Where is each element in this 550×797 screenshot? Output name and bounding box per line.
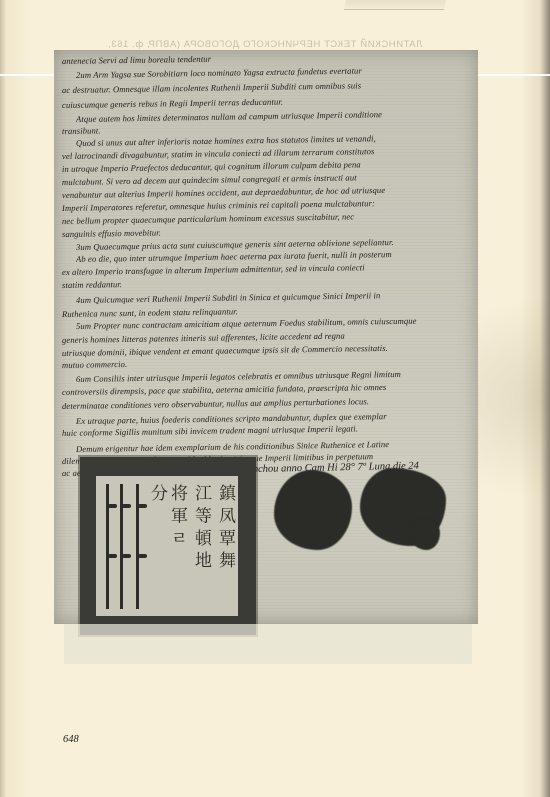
handwritten-line: ac destruatur. Omnesque illam incolentes… <box>62 79 474 96</box>
seal-chinese-column: 将 軍 ㄹ <box>166 484 188 546</box>
handwritten-line: 2um Arm Yagsa sue Sorobitiarn loco nomin… <box>76 64 474 81</box>
seal-stamp: 鎮 凤 覃 舞 江 等 頓 地 将 軍 ㄹ 分 <box>80 457 256 635</box>
seal-chinese-column: 鎮 凤 覃 舞 <box>214 484 236 568</box>
wax-seal-left <box>274 470 352 550</box>
seal-mongol-script-icon <box>136 484 153 609</box>
faded-photo-margin <box>64 624 472 664</box>
bleed-through-running-header: ЛАТИНСКИЙ ТЕКСТ НЕРЧИНСКОГО ДОГОВОРА (АВ… <box>100 39 430 50</box>
seal-field: 鎮 凤 覃 舞 江 等 頓 地 将 軍 ㄹ 分 <box>96 476 238 616</box>
seal-mongol-script-icon <box>106 484 123 609</box>
manuscript-photograph: antenecia Servi ad limu borealu tendentu… <box>54 50 478 624</box>
handwritten-line: determinatae conditiones vero observabun… <box>62 395 474 412</box>
page-number: 648 <box>63 734 79 745</box>
wax-seal-right-drip <box>410 518 440 550</box>
seal-chinese-column: 江 等 頓 地 <box>190 484 212 568</box>
scanner-tape <box>344 0 446 10</box>
